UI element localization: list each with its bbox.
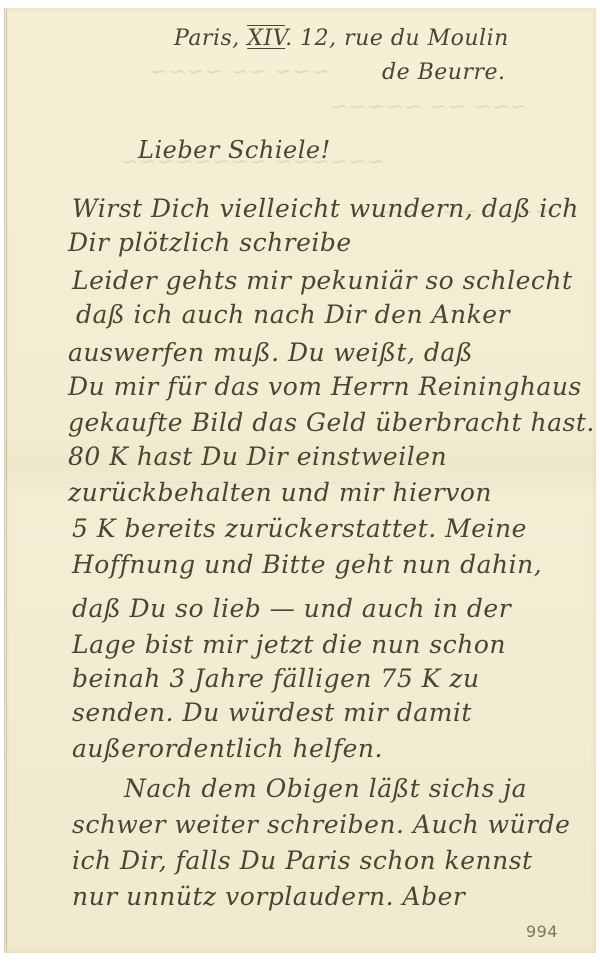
body-line: Lage bist mir jetzt die nun schon <box>72 630 506 659</box>
body-line: Hoffnung und Bitte geht nun dahin, <box>72 550 542 579</box>
address-line-2: de Beurre. <box>382 60 506 85</box>
body-line: daß Du so lieb — und auch in der <box>72 594 511 623</box>
address-arrondissement: XIV <box>247 25 285 51</box>
body-line: zurückbehalten und mir hiervon <box>68 478 492 507</box>
salutation: Lieber Schiele! <box>138 136 331 164</box>
body-line: nur unnütz vorplaudern. Aber <box>72 882 465 911</box>
address-line-1: Paris, XIV. 12, rue du Moulin <box>174 26 509 51</box>
body-line: auswerfen muß. Du weißt, daß <box>68 338 473 367</box>
body-line: daß ich auch nach Dir den Anker <box>76 300 510 329</box>
body-line: Leider gehts mir pekuniär so schlecht <box>72 266 573 295</box>
address-city: Paris, <box>174 26 240 51</box>
body-line: Wirst Dich vielleicht wundern, daß ich <box>72 194 579 223</box>
address-street: . 12, rue du Moulin <box>285 26 509 51</box>
body-line: außerordentlich helfen. <box>72 734 383 763</box>
body-line: Nach dem Obigen läßt sichs ja <box>124 774 527 803</box>
body-line: schwer weiter schreiben. Auch würde <box>72 810 570 839</box>
reverse-show-through: ~~~ ~~ ~~~~~ <box>330 95 528 120</box>
body-line: beinah 3 Jahre fälligen 75 K zu <box>72 664 480 693</box>
body-line: 80 K hast Du Dir einstweilen <box>68 442 447 471</box>
paper-edge-line <box>6 10 7 950</box>
archive-number: 994 <box>526 922 558 941</box>
reverse-show-through: ~~~ ~~ ~~~~ <box>150 60 330 85</box>
body-line: Du mir für das vom Herrn Reininghaus <box>68 372 582 401</box>
body-line: gekaufte Bild das Geld überbracht hast. <box>68 408 595 437</box>
body-line: Dir plötzlich schreibe <box>68 228 352 257</box>
body-line: 5 K bereits zurückerstattet. Meine <box>72 514 527 543</box>
body-line: ich Dir, falls Du Paris schon kennst <box>72 846 533 875</box>
body-line: senden. Du würdest mir damit <box>72 698 472 727</box>
